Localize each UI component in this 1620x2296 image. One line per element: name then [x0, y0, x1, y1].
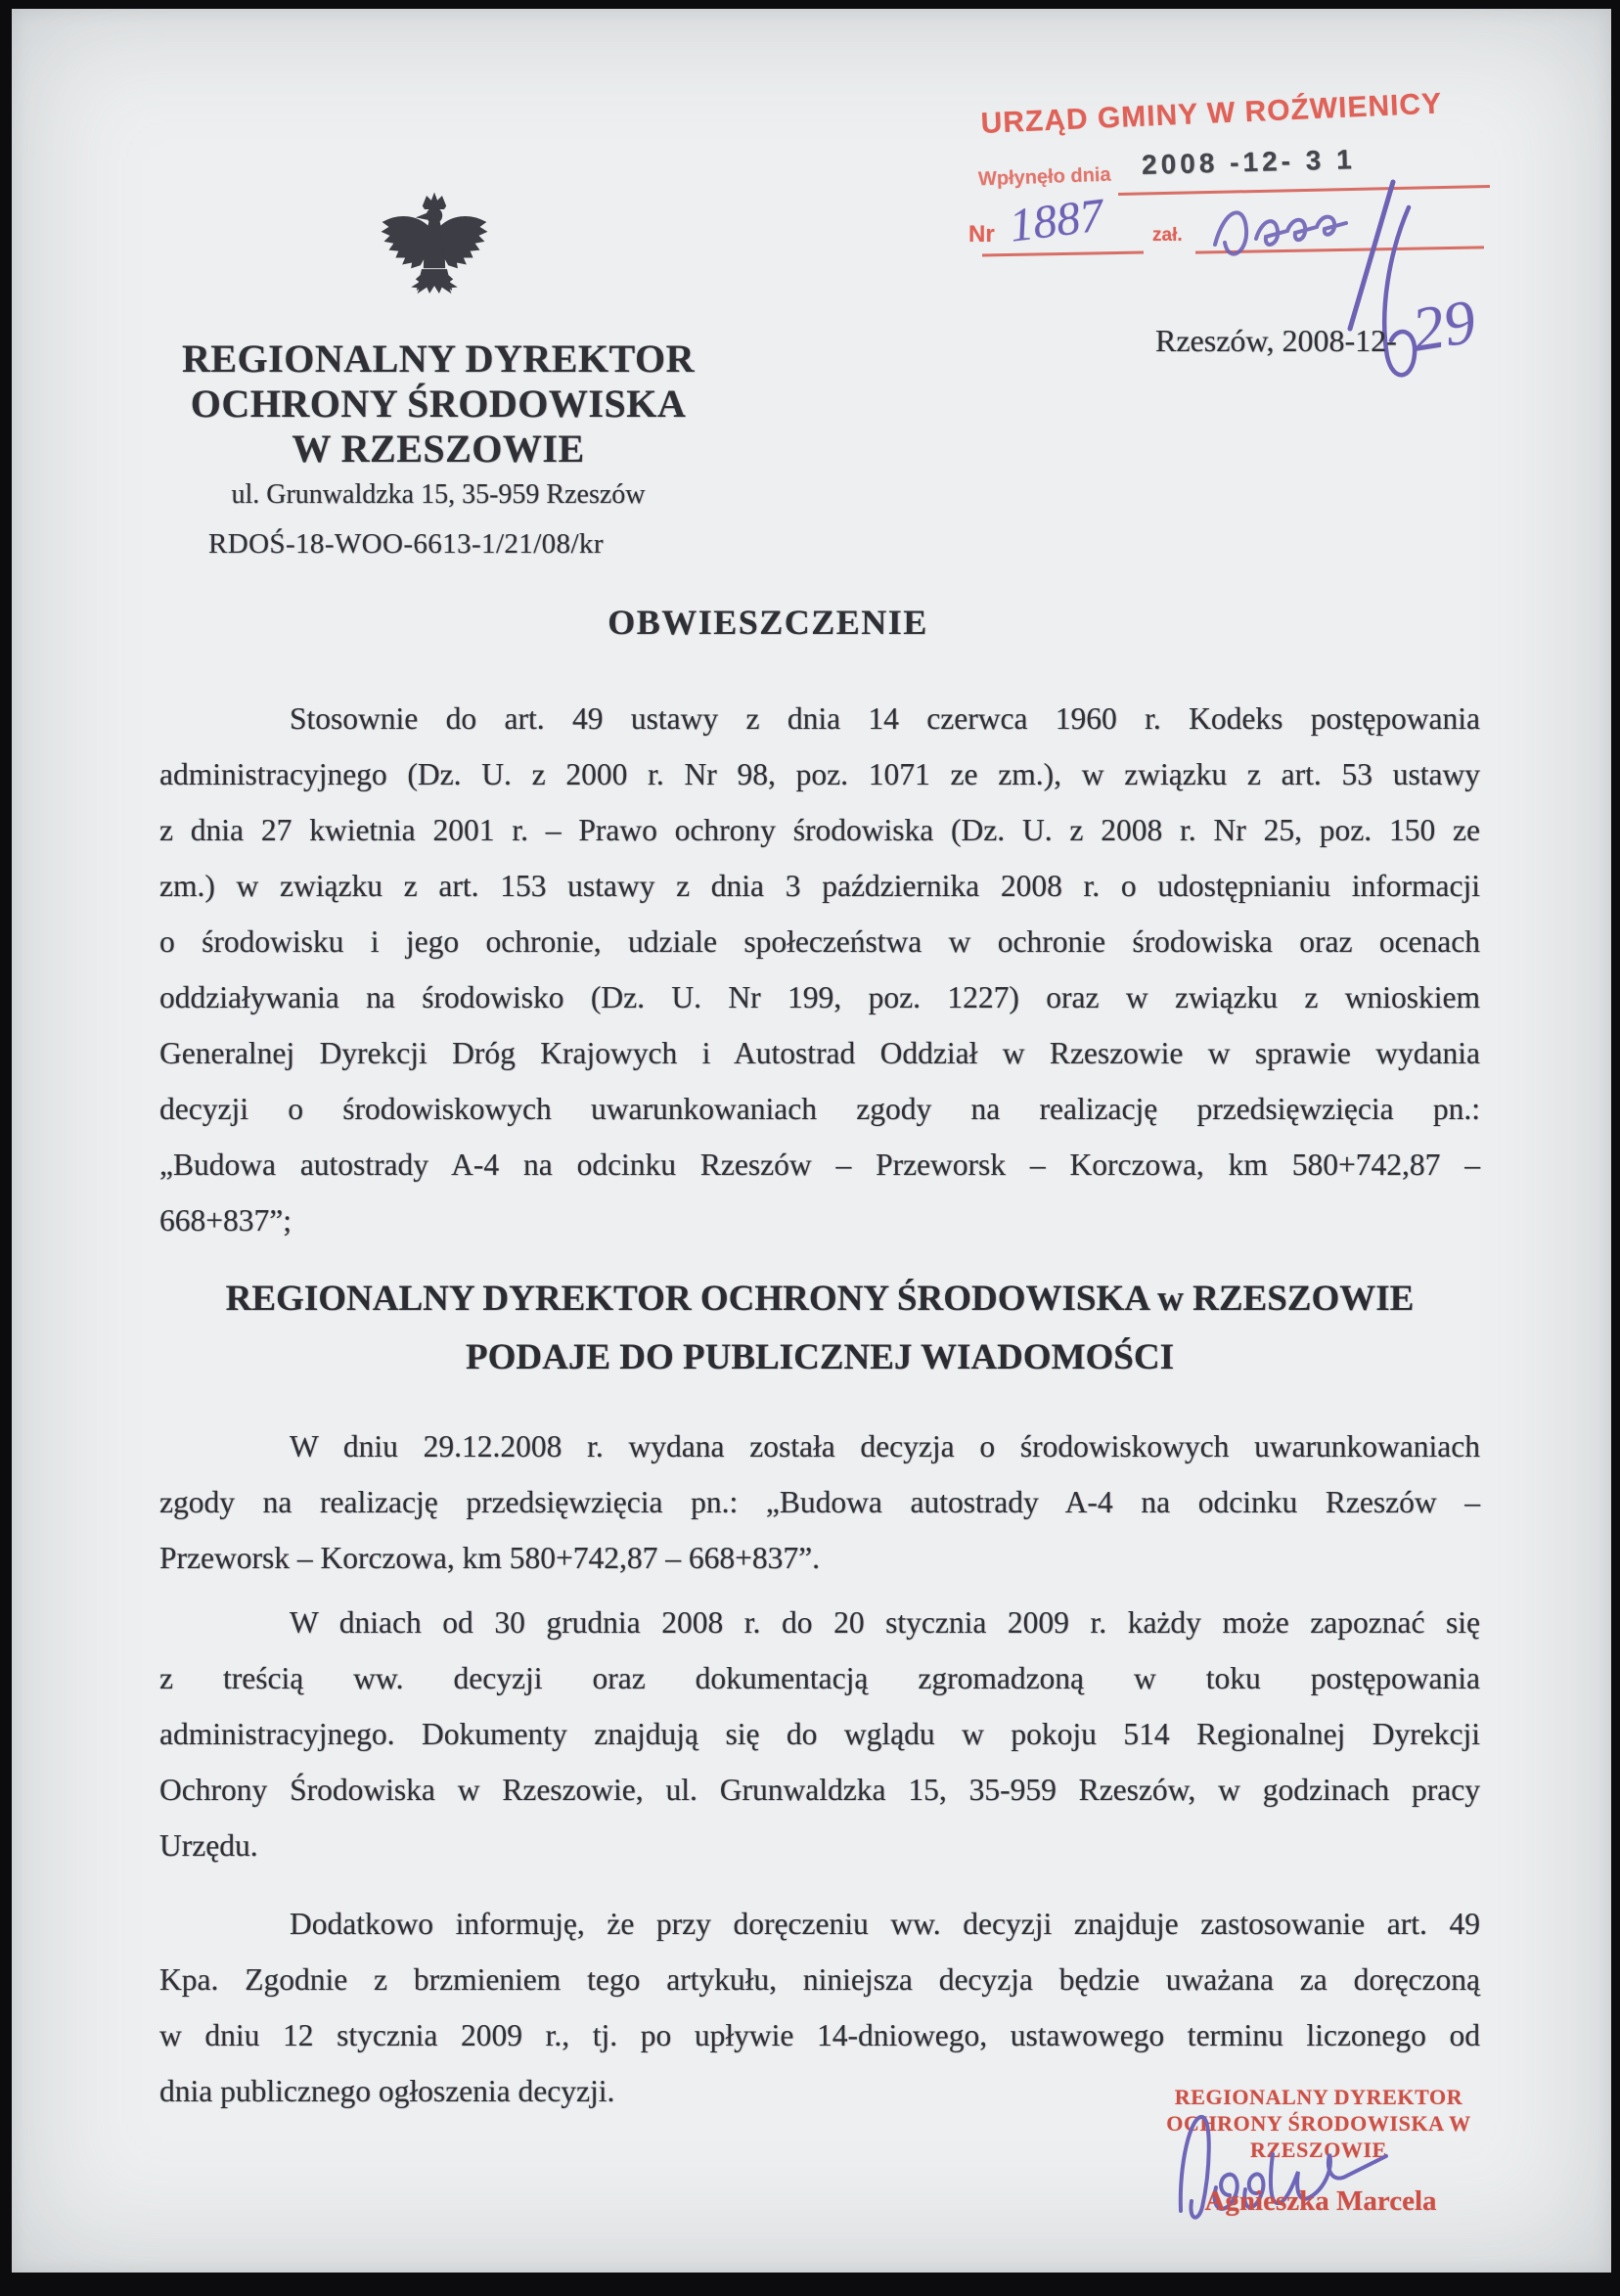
document-title: OBWIESZCZENIE: [157, 602, 1379, 643]
paragraph-line: Ochrony Środowiska w Rzeszowie, ul. Grun…: [159, 1762, 1480, 1818]
paragraph-line: zgody na realizację przedsięwzięcia pn.:…: [159, 1474, 1480, 1530]
paragraph-line: administracyjnego (Dz. U. z 2000 r. Nr 9…: [159, 746, 1480, 802]
paragraph-line: z dnia 27 kwietnia 2001 r. – Prawo ochro…: [159, 802, 1480, 858]
received-number-handwritten: 1887: [1007, 188, 1106, 252]
paragraph-line: Kpa. Zgodnie z brzmieniem tego artykułu,…: [159, 1952, 1480, 2007]
paragraph-line: w dniu 12 stycznia 2009 r., tj. po upływ…: [159, 2007, 1480, 2063]
paragraph-line: Generalnej Dyrekcji Dróg Krajowych i Aut…: [159, 1025, 1480, 1081]
paragraph-line: zm.) w związku z art. 153 ustawy z dnia …: [159, 858, 1480, 914]
org-address: ul. Grunwaldzka 15, 35-959 Rzeszów: [137, 475, 740, 515]
paragraph-line: decyzji o środowiskowych uwarunkowaniach…: [159, 1081, 1480, 1137]
paragraph-line: Dodatkowo informuję, że przy doręczeniu …: [159, 1896, 1480, 1952]
attachment-label: zał.: [1152, 225, 1183, 247]
paragraph-line: W dniach od 30 grudnia 2008 r. do 20 sty…: [159, 1595, 1480, 1650]
paragraph-line: o środowisku i jego ochronie, udziale sp…: [159, 914, 1480, 969]
paragraph-line: z treścią ww. decyzji oraz dokumentacją …: [159, 1650, 1480, 1706]
paragraph-line: Urzędu.: [159, 1818, 1480, 1873]
handwritten-day: 29: [1408, 285, 1481, 366]
paragraph-line: W dniu 29.12.2008 r. wydana została decy…: [159, 1418, 1480, 1474]
paragraph-2: W dniu 29.12.2008 r. wydana została decy…: [159, 1418, 1480, 1586]
scanned-document: URZĄD GMINY W ROŹWIENICY Wpłynęło dnia 2…: [0, 0, 1620, 2296]
paragraph-line: „Budowa autostrady A-4 na odcinku Rzeszó…: [159, 1137, 1480, 1193]
paragraph-line: 668+837”;: [159, 1193, 1480, 1248]
announcement-heading-line-2: PODAJE DO PUBLICZNEJ WIADOMOŚCI: [157, 1328, 1483, 1387]
org-name-line-3: W RZESZOWIE: [137, 427, 740, 472]
received-number-label: Nr: [968, 221, 995, 248]
paragraph-line: Stosownie do art. 49 ustawy z dnia 14 cz…: [159, 691, 1480, 746]
announcement-heading: REGIONALNY DYREKTOR OCHRONY ŚRODOWISKA w…: [157, 1270, 1483, 1387]
dateline: Rzeszów, 2008-12-: [1155, 323, 1397, 359]
received-date-label: Wpłynęło dnia: [978, 164, 1111, 192]
paragraph-line: administracyjnego. Dokumenty znajdują si…: [159, 1706, 1480, 1762]
paragraph-3: W dniach od 30 grudnia 2008 r. do 20 sty…: [159, 1595, 1480, 1873]
org-name-line-2: OCHRONY ŚRODOWISKA: [137, 382, 740, 427]
org-name-line-1: REGIONALNY DYREKTOR: [137, 337, 740, 382]
coat-of-arms-eagle-icon: [377, 192, 492, 325]
announcement-heading-line-1: REGIONALNY DYREKTOR OCHRONY ŚRODOWISKA w…: [157, 1270, 1483, 1328]
paragraph-1: Stosownie do art. 49 ustawy z dnia 14 cz…: [159, 691, 1480, 1248]
handwritten-annotation: [1201, 174, 1495, 399]
signer-name: Agnieszka Marcela: [1124, 2185, 1517, 2218]
paragraph-line: Przeworsk – Korczowa, km 580+742,87 – 66…: [159, 1530, 1480, 1586]
paragraph-line: oddziaływania na środowisko (Dz. U. Nr 1…: [159, 969, 1480, 1025]
case-number: RDOŚ-18-WOO-6613-1/21/08/kr: [208, 528, 604, 561]
letterhead: REGIONALNY DYREKTOR OCHRONY ŚRODOWISKA W…: [137, 337, 740, 515]
